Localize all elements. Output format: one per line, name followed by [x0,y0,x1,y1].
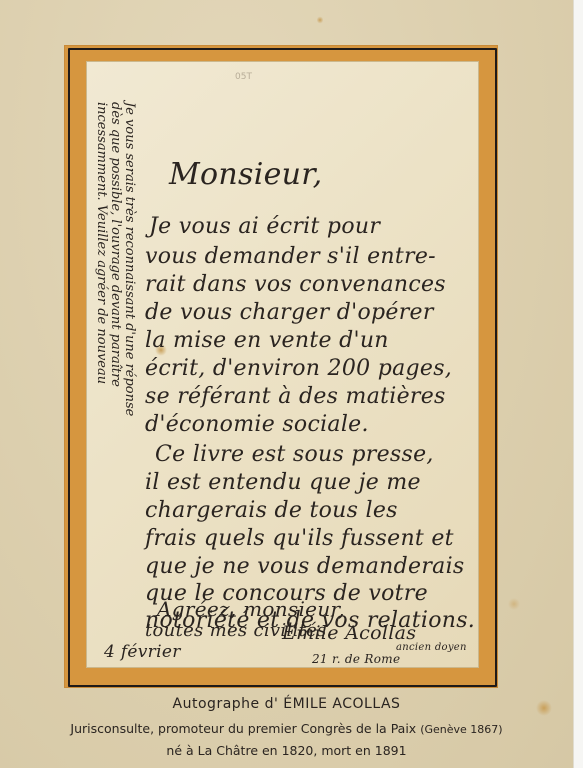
letter-line: se référant à des matières [145,384,446,409]
letter-line: écrit, d'environ 200 pages, [145,356,452,381]
letter-line: rait dans vos convenances [145,272,446,297]
foxing-spot [508,598,520,610]
foxing-spot [317,16,323,24]
caption-life-dates: né à La Châtre en 1820, mort en 1891 [0,743,573,758]
letter-line: de vous charger d'opérer [145,300,434,325]
letter-line: Ce livre est sous presse, [155,442,434,467]
letter-line: vous demander s'il entre- [145,244,436,269]
mount-board: 05T Je vous serais très reconnaissant d'… [0,0,573,768]
caption-subtitle: Jurisconsulte, promoteur du premier Cong… [0,721,573,736]
margin-note-line: dès que possible, l'ouvrage devant paraî… [108,102,123,387]
caption-subtitle-main: Jurisconsulte, promoteur du premier Cong… [70,721,416,736]
letter-line: d'économie sociale. [145,412,369,437]
closing-line: Agréez, monsieur, [157,597,345,621]
place-date: 4 février [104,642,181,662]
salutation: Monsieur, [169,157,322,192]
margin-note-line: Je vous serais très reconnaissant d'une … [122,102,137,416]
scan-edge [573,0,583,768]
letter-paper: 05T Je vous serais très reconnaissant d'… [87,62,478,667]
caption-title: Autographe d' ÉMILE ACOLLAS [0,696,573,712]
margin-note-line: incessamment. Veuillez agréer de nouveau [94,102,109,384]
letter-line: que je ne vous demanderais [145,554,465,579]
signature: Emile Acollas [282,622,416,644]
caption-subtitle-paren: (Genève 1867) [420,723,502,736]
address-line: 21 r. de Rome [312,652,400,666]
letter-line: frais quels qu'ils fussent et [145,526,454,551]
pencil-mark: 05T [235,72,252,82]
letter-line: Je vous ai écrit pour [149,214,380,239]
letter-line: il est entendu que je me [145,470,421,495]
margin-note: Je vous serais très reconnaissant d'une … [99,102,139,602]
letter-line: la mise en vente d'un [145,328,389,353]
address-line: ancien doyen [396,642,467,653]
letter-line: chargerais de tous les [145,498,398,523]
